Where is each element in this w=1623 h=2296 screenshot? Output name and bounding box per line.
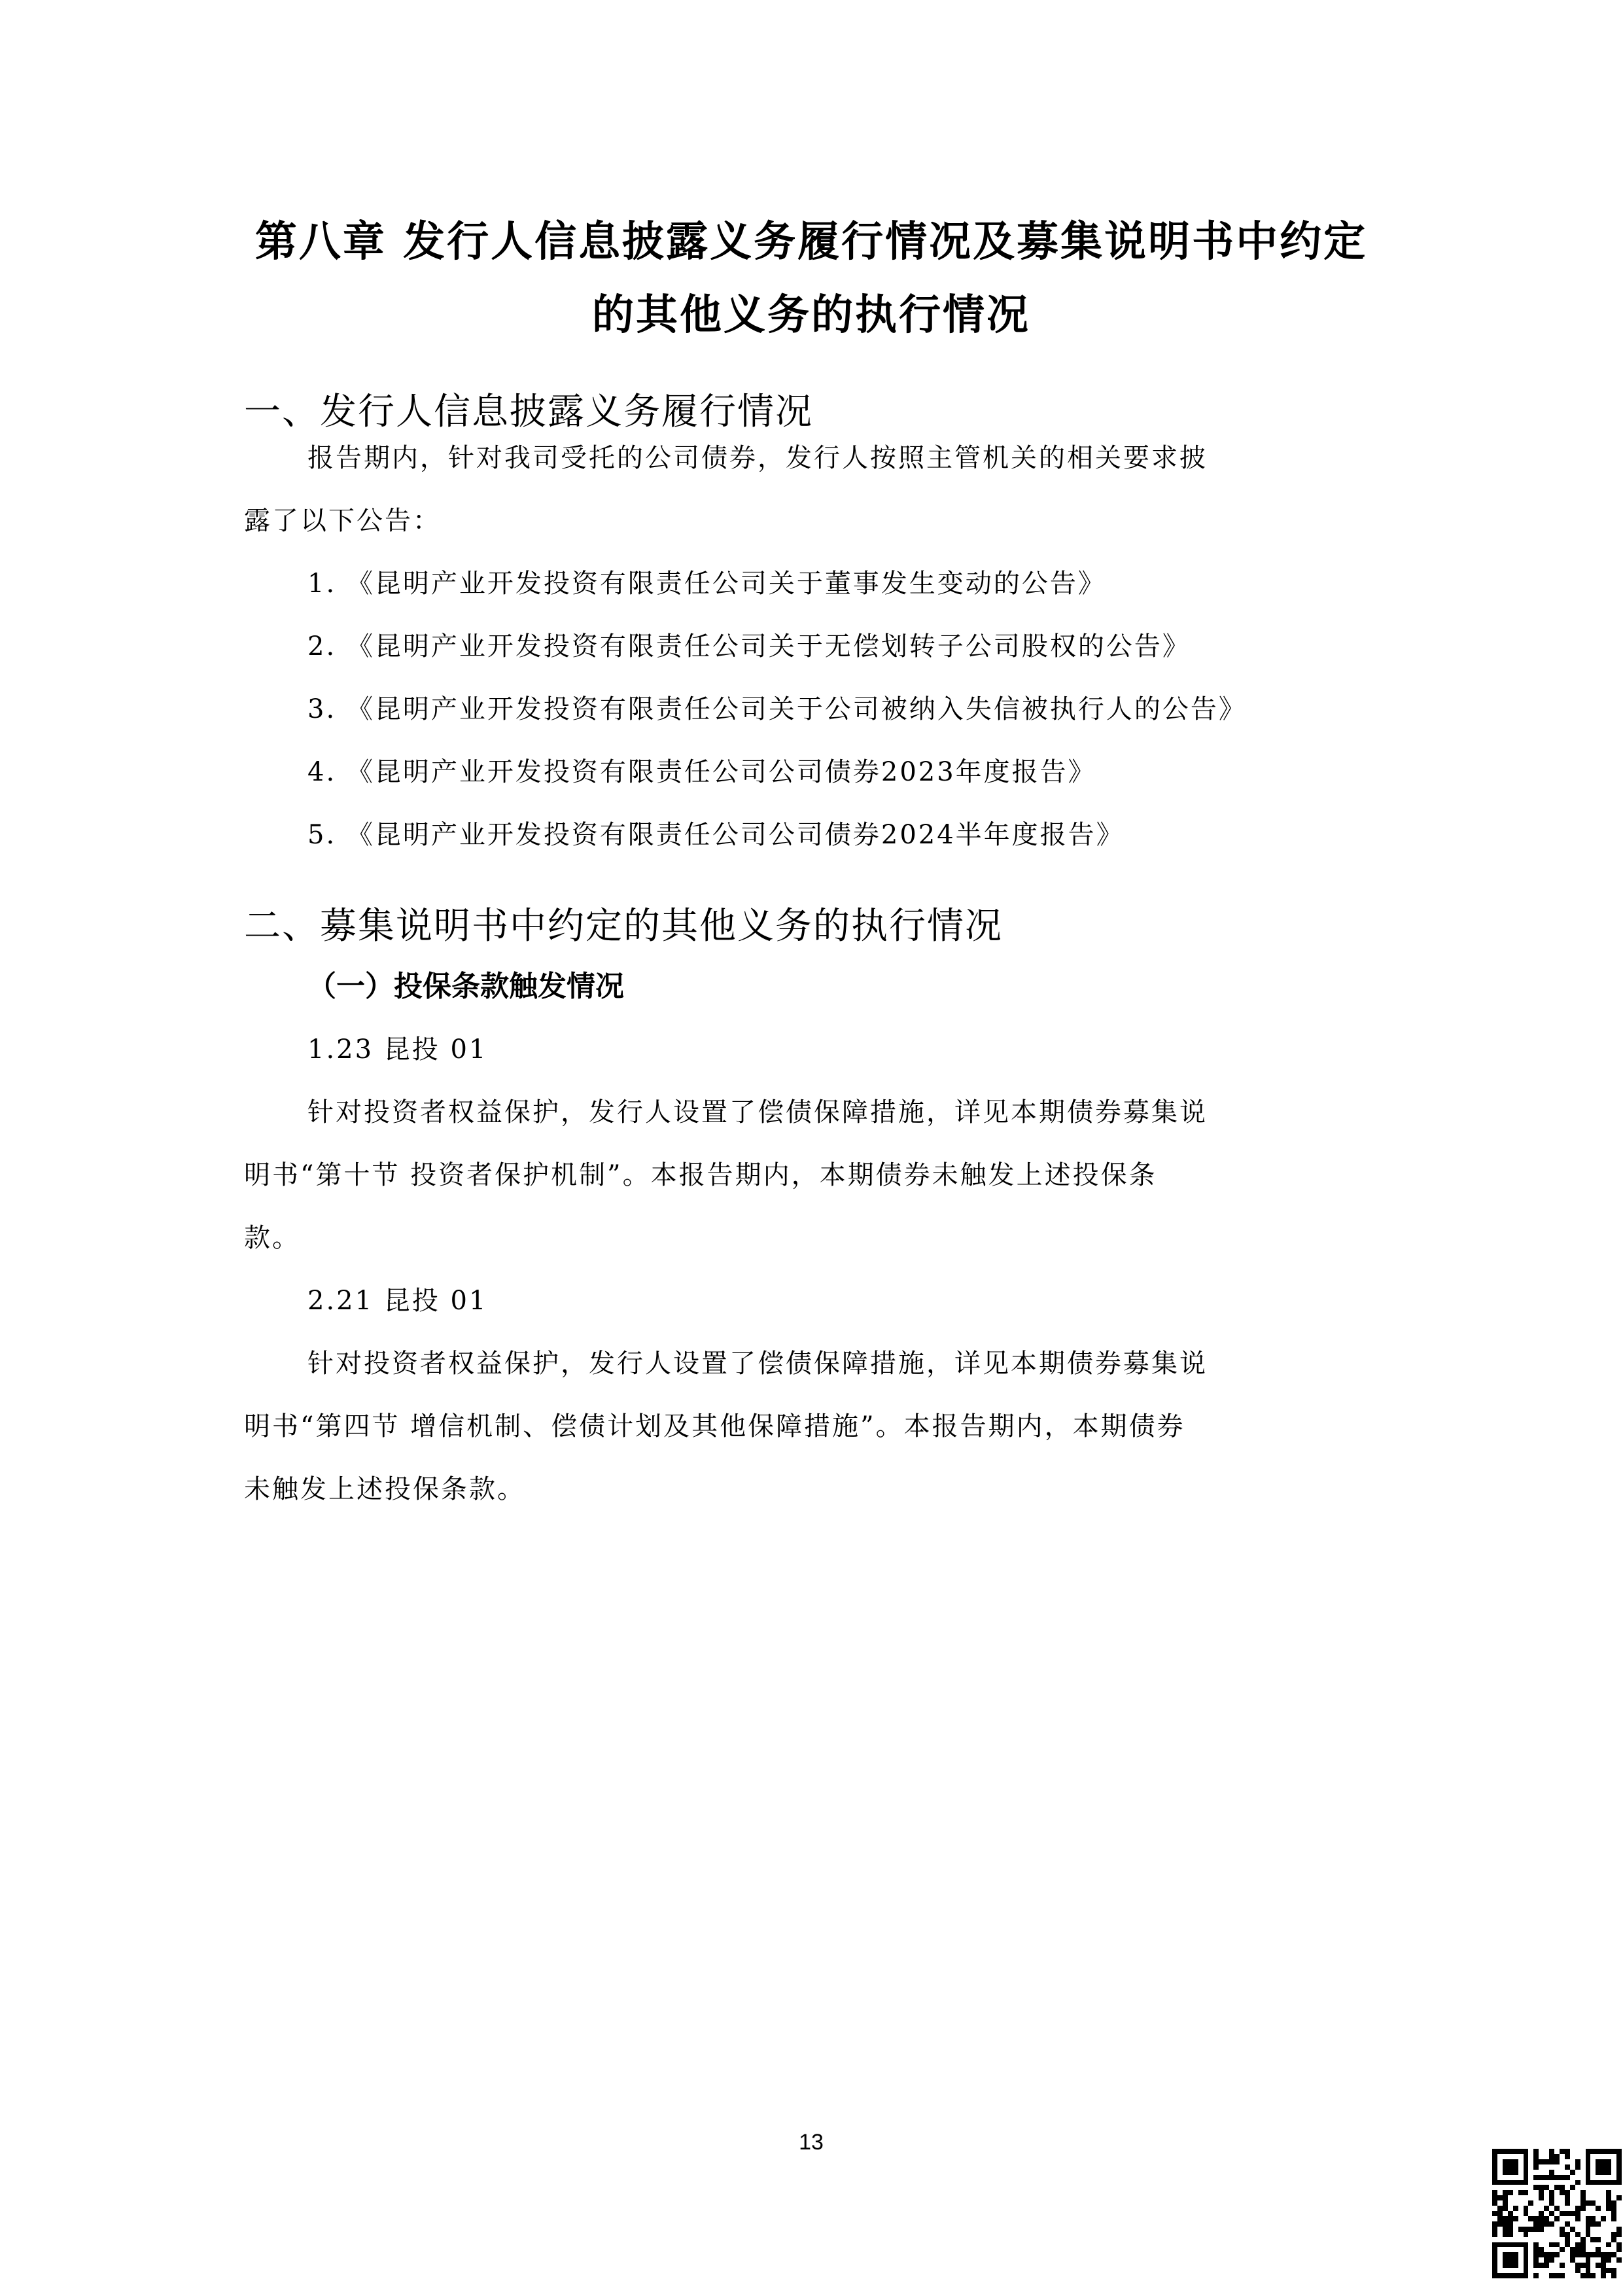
announcement-item: 4. 《昆明产业开发投资有限责任公司公司债券2023年度报告》: [307, 756, 1096, 788]
bond-label: 1.23 昆投 01: [307, 1034, 487, 1065]
bond-paragraph-line: 针对投资者权益保护，发行人设置了偿债保障措施，详见本期债券募集说: [307, 1097, 1208, 1128]
announcement-item: 2. 《昆明产业开发投资有限责任公司关于无偿划转子公司股权的公告》: [307, 631, 1191, 662]
announcement-item: 5. 《昆明产业开发投资有限责任公司公司债券2024半年度报告》: [307, 819, 1125, 851]
section-2-subheading: （一）投保条款触发情况: [307, 971, 624, 1002]
bond-paragraph-line: 未触发上述投保条款。: [244, 1474, 525, 1505]
chapter-title-line-1: 第八章 发行人信息披露义务履行情况及募集说明书中约定: [236, 221, 1387, 263]
section-1-intro-line-1: 报告期内，针对我司受托的公司债券，发行人按照主管机关的相关要求披: [307, 442, 1208, 474]
announcement-item: 1. 《昆明产业开发投资有限责任公司关于董事发生变动的公告》: [307, 568, 1106, 599]
bond-paragraph-line: 款。: [244, 1222, 300, 1254]
bond-label: 2.21 昆投 01: [307, 1285, 487, 1316]
qr-code-icon: [1492, 2149, 1622, 2278]
chapter-title-line-2: 的其他义务的执行情况: [236, 294, 1387, 336]
document-page: 第八章 发行人信息披露义务履行情况及募集说明书中约定 的其他义务的执行情况 一、…: [0, 0, 1623, 2296]
bond-paragraph-line: 针对投资者权益保护，发行人设置了偿债保障措施，详见本期债券募集说: [307, 1348, 1208, 1379]
bond-paragraph-line: 明书“第十节 投资者保护机制”。本报告期内，本期债券未触发上述投保条: [244, 1159, 1157, 1191]
bond-paragraph-line: 明书“第四节 增信机制、偿债计划及其他保障措施”。本报告期内，本期债券: [244, 1411, 1185, 1442]
section-1-intro-line-2: 露了以下公告：: [244, 505, 441, 537]
page-number: 13: [785, 2130, 837, 2155]
section-2-heading: 二、募集说明书中约定的其他义务的执行情况: [244, 907, 1003, 946]
announcement-item: 3. 《昆明产业开发投资有限责任公司关于公司被纳入失信被执行人的公告》: [307, 694, 1247, 725]
section-1-heading: 一、发行人信息披露义务履行情况: [244, 393, 813, 432]
